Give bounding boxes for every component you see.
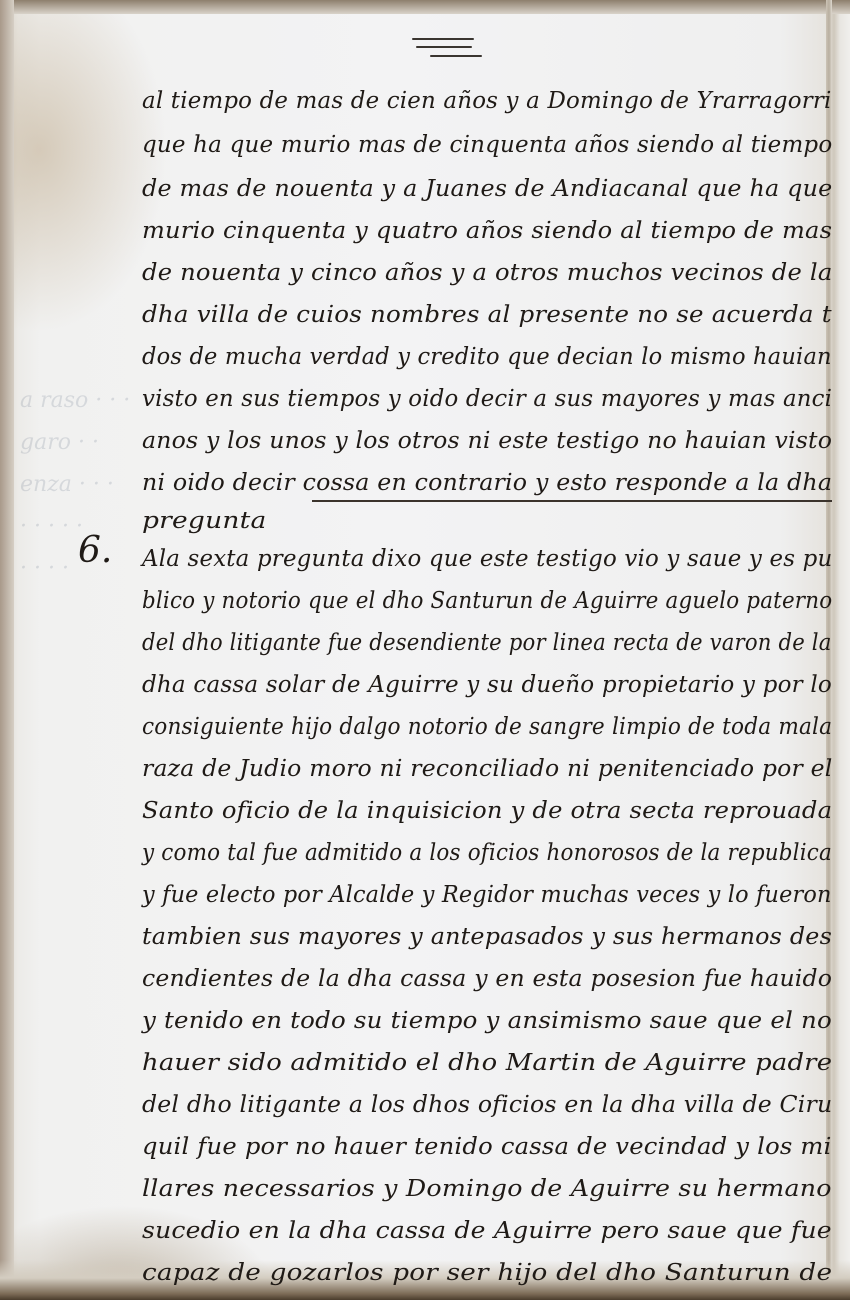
text-line: del dho litigante a los dhos oficios en … (142, 1092, 832, 1118)
text-line: dha cassa solar de Aguirre y su dueño pr… (142, 672, 832, 698)
text-line: dha villa de cuios nombres al presente n… (142, 302, 832, 328)
text-line: Santo oficio de la inquisicion y de otra… (142, 798, 832, 824)
text-line: visto en sus tiempos y oido decir a sus … (142, 386, 832, 412)
text-line: y tenido en todo su tiempo y ansimismo s… (142, 1008, 832, 1034)
article-number: 6. (78, 530, 112, 571)
text-line: consiguiente hijo dalgo notorio de sangr… (142, 714, 832, 740)
text-line: y como tal fue admitido a los oficios ho… (142, 840, 832, 866)
text-line: de mas de nouenta y a Juanes de Andiacan… (142, 176, 832, 202)
text-line: del dho litigante fue desendiente por li… (142, 630, 832, 656)
text-line: que ha que murio mas de cinquenta años s… (142, 132, 832, 158)
text-line: al tiempo de mas de cien años y a Doming… (142, 88, 832, 114)
section-rule (312, 500, 832, 502)
text-line: capaz de gozarlos por ser hijo del dho S… (142, 1260, 832, 1286)
text-line: y fue electo por Alcalde y Regidor mucha… (142, 882, 832, 908)
text-line: pregunta (142, 508, 266, 534)
text-line: dos de mucha verdad y credito que decian… (142, 344, 832, 370)
text-line: cendientes de la dha cassa y en esta pos… (142, 966, 832, 992)
text-line: tambien sus mayores y antepasados y sus … (142, 924, 832, 950)
manuscript-scan: a raso · · ·garo · ·enza · · ·· · · · ··… (0, 0, 850, 1300)
page-left-edge (0, 0, 14, 1300)
show-through-text: a raso · · ·garo · ·enza · · ·· · · · ··… (20, 380, 140, 1080)
text-line: hauer sido admitido el dho Martin de Agu… (142, 1050, 832, 1076)
text-line: quil fue por no hauer tenido cassa de ve… (142, 1134, 832, 1160)
text-line: blico y notorio que el dho Santurun de A… (142, 588, 832, 614)
text-line: de nouenta y cinco años y a otros muchos… (142, 260, 833, 286)
text-line: Ala sexta pregunta dixo que este testigo… (142, 546, 832, 572)
text-line: murio cinquenta y quatro años siendo al … (142, 218, 832, 244)
text-line: llares necessarios y Domingo de Aguirre … (142, 1176, 832, 1202)
text-line: sucedio en la dha cassa de Aguirre pero … (142, 1218, 832, 1244)
text-line: ni oido decir cossa en contrario y esto … (142, 470, 832, 496)
text-line: raza de Judio moro ni reconciliado ni pe… (142, 756, 832, 782)
text-line: anos y los unos y los otros ni este test… (142, 428, 832, 454)
page-top-edge (0, 0, 850, 14)
